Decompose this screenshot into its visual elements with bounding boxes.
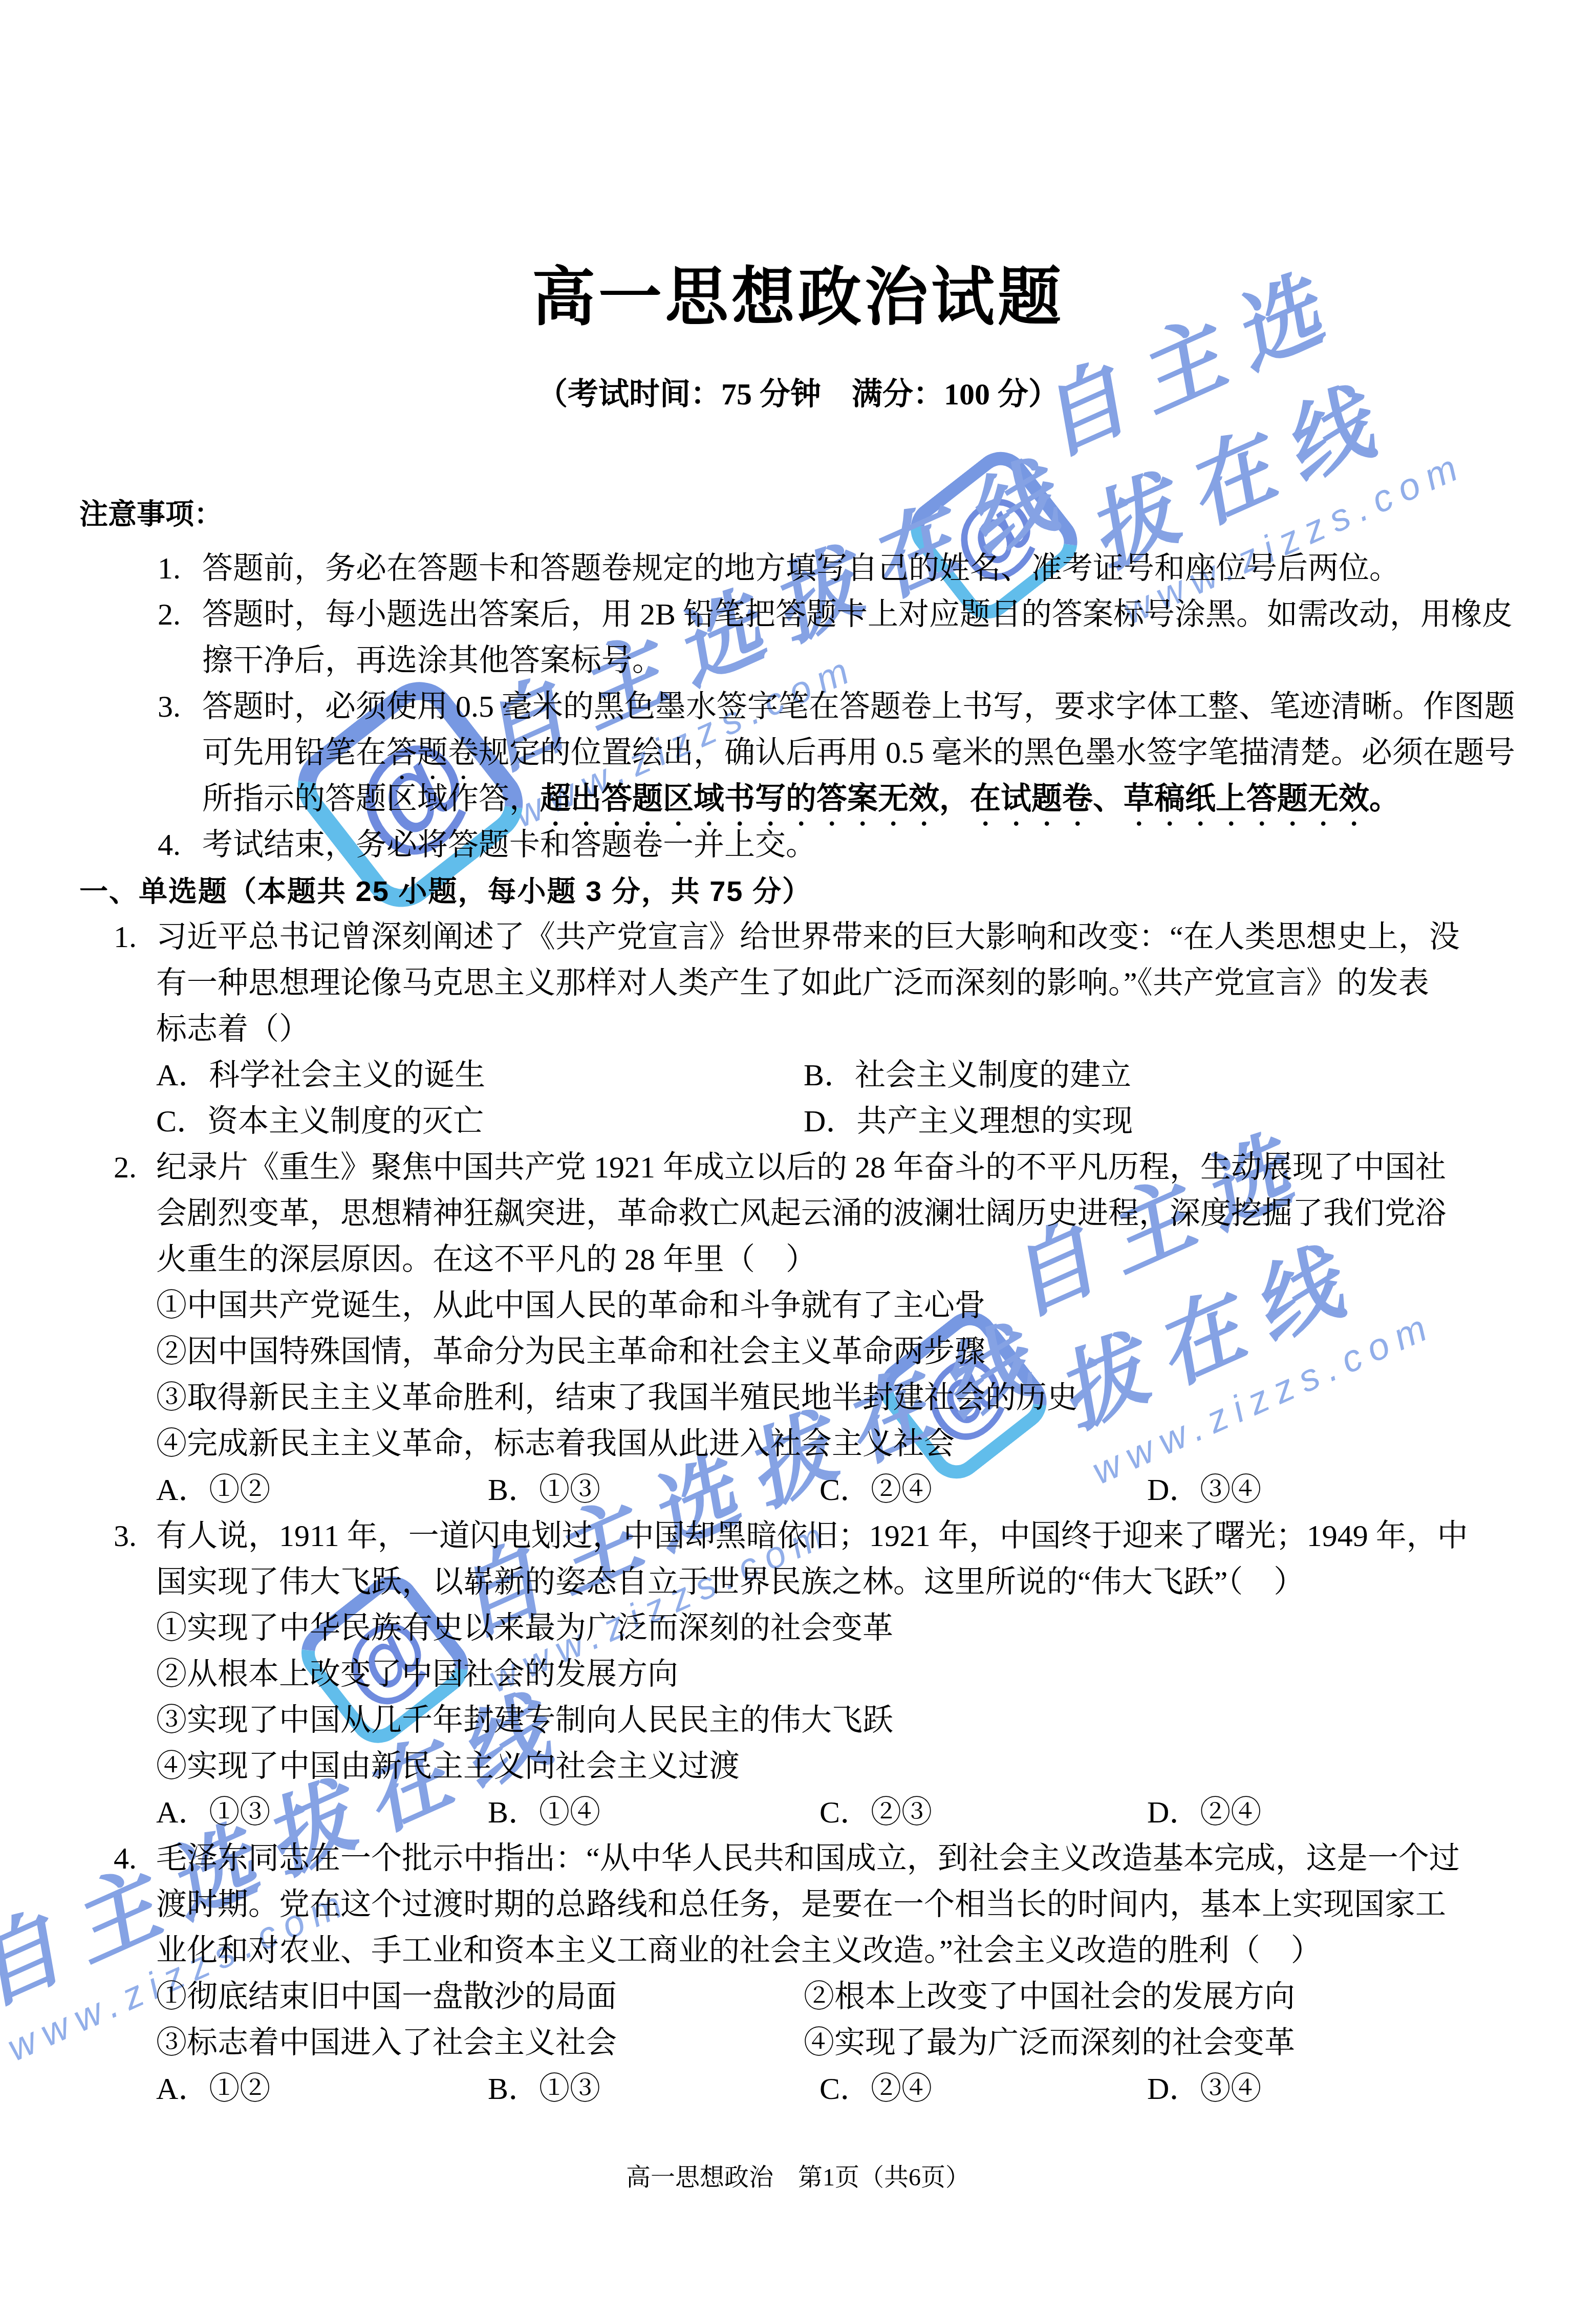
question-2-item: ③取得新民主主义革命胜利，结束了我国半殖民地半封建社会的历史: [0, 1375, 1596, 1421]
question-3-line: 3. 有人说，1911 年，一道闪电划过，中国却黑暗依旧；1921 年，中国终于…: [0, 1513, 1596, 1559]
question-1-line: 1. 习近平总书记曾深刻阐述了《共产党宣言》给世界带来的巨大影响和改变：“在人类…: [0, 914, 1596, 960]
notice-list: 1. 答题前，务必在答题卡和答题卷规定的地方填写自己的姓名、准考证号和座位号后两…: [0, 545, 1596, 868]
question-text: 有一种思想理论像马克思主义那样对人类产生了如此广泛而深刻的影响。”《共产党宣言》…: [156, 966, 1429, 1000]
question-3-item: ④实现了中国由新民主主义向社会主义过渡: [0, 1743, 1596, 1789]
notice-item-text: 规定的位置绘出，确认后再用 0.5 毫米的黑色墨水签字笔描清楚。必须在题号: [479, 736, 1515, 769]
option-a: A．科学社会主义的诞生: [156, 1052, 804, 1098]
option-d: D．③④: [1147, 2066, 1596, 2112]
statement-3: ③标志着中国进入了社会主义社会: [156, 2020, 804, 2066]
option-c: C．②③: [819, 1789, 1147, 1835]
statement-1: ①实现了中华民族有史以来最为广泛而深刻的社会变革: [156, 1611, 893, 1645]
question-4-line: 4. 毛泽东同志在一个批示中指出：“从中华人民共和国成立，到社会主义改造基本完成…: [0, 1835, 1596, 1881]
option-d: D．③④: [1147, 1467, 1596, 1513]
question-text: 习近平总书记曾深刻阐述了《共产党宣言》给世界带来的巨大影响和改变：“在人类思想史…: [156, 920, 1460, 954]
question-3-item: ①实现了中华民族有史以来最为广泛而深刻的社会变革: [0, 1605, 1596, 1651]
notice-heading: 注意事项：: [79, 491, 223, 532]
question-text: 毛泽东同志在一个批示中指出：“从中华人民共和国成立，到社会主义改造基本完成，这是…: [156, 1841, 1460, 1875]
question-1-line: 有一种思想理论像马克思主义那样对人类产生了如此广泛而深刻的影响。”《共产党宣言》…: [0, 960, 1596, 1006]
question-2-item: ①中国共产党诞生，从此中国人民的革命和斗争就有了主心骨: [0, 1282, 1596, 1328]
notice-item-text: 擦干净后，再选涂其他答案标号。: [202, 643, 663, 677]
notice-item-1: 1. 答题前，务必在答题卡和答题卷规定的地方填写自己的姓名、准考证号和座位号后两…: [0, 545, 1596, 591]
notice-emphasized-text: 答题卷: [386, 736, 479, 769]
question-2-line: 会剧烈变革，思想精神狂飙突进，革命救亡风起云涌的波澜壮阔历史进程，深度挖掘了我们…: [0, 1190, 1596, 1236]
statement-2: ②从根本上改变了中国社会的发展方向: [156, 1657, 678, 1691]
notice-item-number: 2.: [158, 591, 181, 637]
question-2-line: 2. 纪录片《重生》聚焦中国共产党 1921 年成立以后的 28 年奋斗的不平凡…: [0, 1144, 1596, 1190]
notice-item-number: 3.: [158, 683, 181, 730]
question-2-options-row: A．①② B．①③ C．②④ D．③④: [0, 1467, 1596, 1513]
question-list: 1. 习近平总书记曾深刻阐述了《共产党宣言》给世界带来的巨大影响和改变：“在人类…: [0, 914, 1596, 2112]
question-2-item: ④完成新民主主义革命，标志着我国从此进入社会主义社会: [0, 1421, 1596, 1467]
question-3-line: 国实现了伟大飞跃，以崭新的姿态自立于世界民族之林。这里所说的“伟大飞跃”（ ）: [0, 1559, 1596, 1605]
notice-item-3-cont: 可先用铅笔在答题卷规定的位置绘出，确认后再用 0.5 毫米的黑色墨水签字笔描清楚…: [0, 730, 1596, 776]
option-d: D．共产主义理想的实现: [804, 1098, 1596, 1144]
question-text: 国实现了伟大飞跃，以崭新的姿态自立于世界民族之林。这里所说的“伟大飞跃”（ ）: [156, 1565, 1304, 1599]
statement-1: ①彻底结束旧中国一盘散沙的局面: [156, 1973, 804, 2020]
question-text: 业化和对农业、手工业和资本主义工商业的社会主义改造。”社会主义改造的胜利（ ）: [156, 1934, 1322, 1967]
exam-time-score: （考试时间：75 分钟 满分：100 分）: [0, 370, 1596, 414]
question-text: 有人说，1911 年，一道闪电划过，中国却黑暗依旧；1921 年，中国终于迎来了…: [156, 1519, 1468, 1553]
notice-item-3: 3. 答题时，必须使用 0.5 毫米的黑色墨水签字笔在答题卷上书写，要求字体工整…: [0, 683, 1596, 730]
question-3-options-row: A．①③ B．①④ C．②③ D．②④: [0, 1789, 1596, 1835]
question-text: 纪录片《重生》聚焦中国共产党 1921 年成立以后的 28 年奋斗的不平凡历程，…: [156, 1150, 1446, 1184]
option-c: C．②④: [819, 1467, 1147, 1513]
notice-item-text: 答题时，每小题选出答案后，用 2B 铅笔把答题卡上对应题目的答案标号涂黑。如需改…: [202, 597, 1513, 631]
notice-item-text: 考试结束，务必将答题卡和答题卷一并上交。: [202, 828, 816, 862]
notice-item-text: 所指示的答题区域作答，: [202, 782, 540, 816]
statement-3: ③实现了中国从几千年封建专制向人民民主的伟大飞跃: [156, 1703, 893, 1737]
question-text: 火重生的深层原因。在这不平凡的 28 年里（ ）: [156, 1242, 816, 1276]
question-2-line: 火重生的深层原因。在这不平凡的 28 年里（ ）: [0, 1236, 1596, 1282]
statement-4: ④实现了最为广泛而深刻的社会变革: [804, 2020, 1596, 2066]
page-title: 高一思想政治试题: [0, 246, 1596, 337]
statement-3: ③取得新民主主义革命胜利，结束了我国半殖民地半封建社会的历史: [156, 1381, 1077, 1414]
question-4-options-row: A．①② B．①③ C．②④ D．③④: [0, 2066, 1596, 2112]
notice-item-text: 答题前，务必在答题卡和答题卷规定的地方填写自己的姓名、准考证号和座位号后两位。: [202, 551, 1400, 585]
option-a: A．①②: [156, 1467, 488, 1513]
question-text: 渡时期。党在这个过渡时期的总路线和总任务，是要在一个相当长的时间内，基本上实现国…: [156, 1887, 1446, 1921]
option-c: C．②④: [819, 2066, 1147, 2112]
question-1-options-row: A．科学社会主义的诞生 B．社会主义制度的建立: [0, 1052, 1596, 1098]
option-b: B．社会主义制度的建立: [804, 1052, 1596, 1098]
option-b: B．①③: [488, 2066, 819, 2112]
question-4-line: 渡时期。党在这个过渡时期的总路线和总任务，是要在一个相当长的时间内，基本上实现国…: [0, 1881, 1596, 1927]
notice-invalid-warning: 超出答题区域书写的答案无效，在试题卷、草稿纸上答题无效。: [540, 781, 1400, 816]
notice-item-text: 可先用铅笔在: [202, 736, 386, 769]
section-heading: 一、单选题（本题共 25 小题，每小题 3 分，共 75 分）: [79, 869, 812, 910]
statement-4: ④完成新民主主义革命，标志着我国从此进入社会主义社会: [156, 1427, 955, 1461]
question-1-options-row: C．资本主义制度的灭亡 D．共产主义理想的实现: [0, 1098, 1596, 1144]
notice-item-text: 答题时，必须使用 0.5 毫米的黑色墨水签字笔在答题卷上书写，要求字体工整、笔迹…: [202, 690, 1515, 723]
statement-4: ④实现了中国由新民主主义向社会主义过渡: [156, 1749, 740, 1783]
question-number: 3.: [114, 1513, 137, 1559]
question-1-line: 标志着（）: [0, 1006, 1596, 1052]
question-4-line: 业化和对农业、手工业和资本主义工商业的社会主义改造。”社会主义改造的胜利（ ）: [0, 1927, 1596, 1973]
question-3-item: ③实现了中国从几千年封建专制向人民民主的伟大飞跃: [0, 1697, 1596, 1743]
statement-2: ②根本上改变了中国社会的发展方向: [804, 1973, 1596, 2020]
option-d: D．②④: [1147, 1789, 1596, 1835]
statement-2: ②因中国特殊国情，革命分为民主革命和社会主义革命两步骤: [156, 1335, 985, 1368]
question-4-items-row: ③标志着中国进入了社会主义社会 ④实现了最为广泛而深刻的社会变革: [0, 2020, 1596, 2066]
option-b: B．①④: [488, 1789, 819, 1835]
notice-item-2: 2. 答题时，每小题选出答案后，用 2B 铅笔把答题卡上对应题目的答案标号涂黑。…: [0, 591, 1596, 637]
notice-item-number: 1.: [158, 545, 181, 591]
notice-item-2-cont: 擦干净后，再选涂其他答案标号。: [0, 637, 1596, 683]
option-c: C．资本主义制度的灭亡: [156, 1098, 804, 1144]
statement-1: ①中国共产党诞生，从此中国人民的革命和斗争就有了主心骨: [156, 1289, 985, 1322]
question-text: 标志着（）: [156, 1012, 310, 1046]
page-footer: 高一思想政治 第1页（共6页）: [0, 2157, 1596, 2193]
option-b: B．①③: [488, 1467, 819, 1513]
question-text: 会剧烈变革，思想精神狂飙突进，革命救亡风起云涌的波澜壮阔历史进程，深度挖掘了我们…: [156, 1196, 1446, 1230]
question-2-item: ②因中国特殊国情，革命分为民主革命和社会主义革命两步骤: [0, 1328, 1596, 1375]
question-number: 1.: [114, 914, 137, 960]
question-number: 4.: [114, 1835, 137, 1881]
question-number: 2.: [114, 1144, 137, 1190]
notice-item-4: 4. 考试结束，务必将答题卡和答题卷一并上交。: [0, 822, 1596, 868]
notice-item-number: 4.: [158, 822, 181, 868]
question-4-items-row: ①彻底结束旧中国一盘散沙的局面 ②根本上改变了中国社会的发展方向: [0, 1973, 1596, 2020]
notice-item-3-cont: 所指示的答题区域作答，超出答题区域书写的答案无效，在试题卷、草稿纸上答题无效。: [0, 776, 1596, 822]
question-3-item: ②从根本上改变了中国社会的发展方向: [0, 1651, 1596, 1697]
exam-paper-page: @ 自主选拔在线 www.zizzs.com @ 自主选拔在线 www.zizz…: [0, 0, 1596, 2317]
option-a: A．①②: [156, 2066, 488, 2112]
option-a: A．①③: [156, 1789, 488, 1835]
